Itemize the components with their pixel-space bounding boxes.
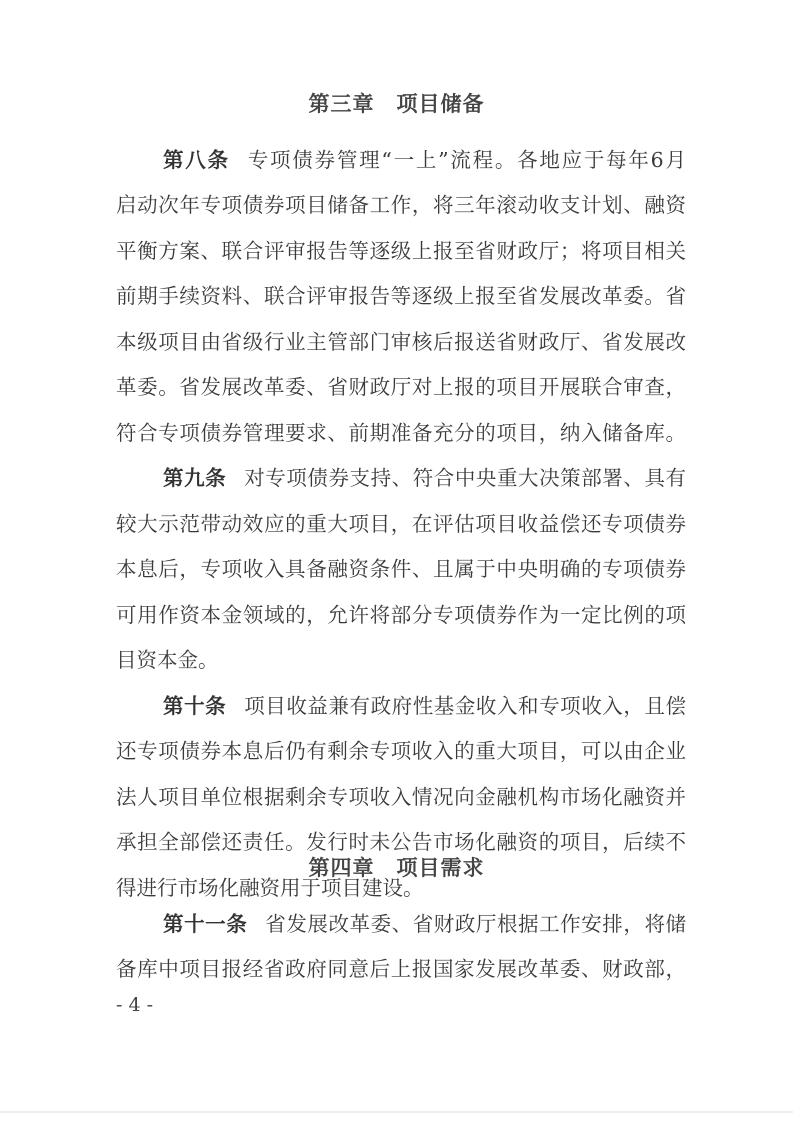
article-8-line-7: 符合专项债券管理要求、前期准备充分的项目，纳入储备库。 [116,419,686,447]
chapter-4-title: 项目需求 [397,856,485,880]
article-9-line-2: 较大示范带动效应的重大项目，在评估项目收益偿还专项债券 [116,510,686,538]
page-bottom-edge [0,1111,793,1113]
chapter-3-heading: 第三章项目储备 [0,88,793,118]
article-10-line-3: 法人项目单位根据剩余专项收入情况向金融机构市场化融资并 [116,783,686,811]
article-8-line-1: 第八条专项债券管理“一上”流程。各地应于每年6月 [163,146,686,174]
article-9-line-5: 目资本金。 [116,646,686,674]
article-10-line-1: 第十条项目收益兼有政府性基金收入和专项收入，且偿 [163,692,686,720]
article-11-line-2: 备库中项目报经省政府同意后上报国家发展改革委、财政部， [116,955,686,983]
article-9-line-1: 第九条对专项债券支持、符合中央重大决策部署、具有 [163,464,686,492]
chapter-4-heading: 第四章项目需求 [0,852,793,882]
article-9-line-3: 本息后，专项收入具备融资条件、且属于中央明确的专项债券 [116,555,686,583]
article-8-line-6: 革委。省发展改革委、省财政厅对上报的项目开展联合审查， [116,373,686,401]
article-11-line-1: 第十一条省发展改革委、省财政厅根据工作安排，将储 [163,910,686,938]
chapter-3-label: 第三章 [309,92,375,116]
article-8-line-3: 平衡方案、联合评审报告等逐级上报至省财政厅；将项目相关 [116,237,686,265]
article-8-line-2: 启动次年专项债券项目储备工作，将三年滚动收支计划、融资 [116,191,686,219]
article-9-label: 第九条 [163,466,226,490]
article-8-line-4: 前期手续资料、联合评审报告等逐级上报至省发展改革委。省 [116,282,686,310]
article-11-label: 第十一条 [163,912,247,936]
article-10-line-2: 还专项债券本息后仍有剩余专项收入的重大项目，可以由企业 [116,737,686,765]
page-number: - 4 - [116,994,153,1016]
article-8-line-5: 本级项目由省级行业主管部门审核后报送省财政厅、省发展改 [116,328,686,356]
article-10-label: 第十条 [163,694,226,718]
chapter-4-label: 第四章 [309,856,375,880]
chapter-3-title: 项目储备 [397,92,485,116]
article-9-line-4: 可用作资本金领域的，允许将部分专项债券作为一定比例的项 [116,601,686,629]
article-8-label: 第八条 [163,148,230,172]
document-page: 第三章项目储备 第八条专项债券管理“一上”流程。各地应于每年6月 启动次年专项债… [0,0,793,1121]
